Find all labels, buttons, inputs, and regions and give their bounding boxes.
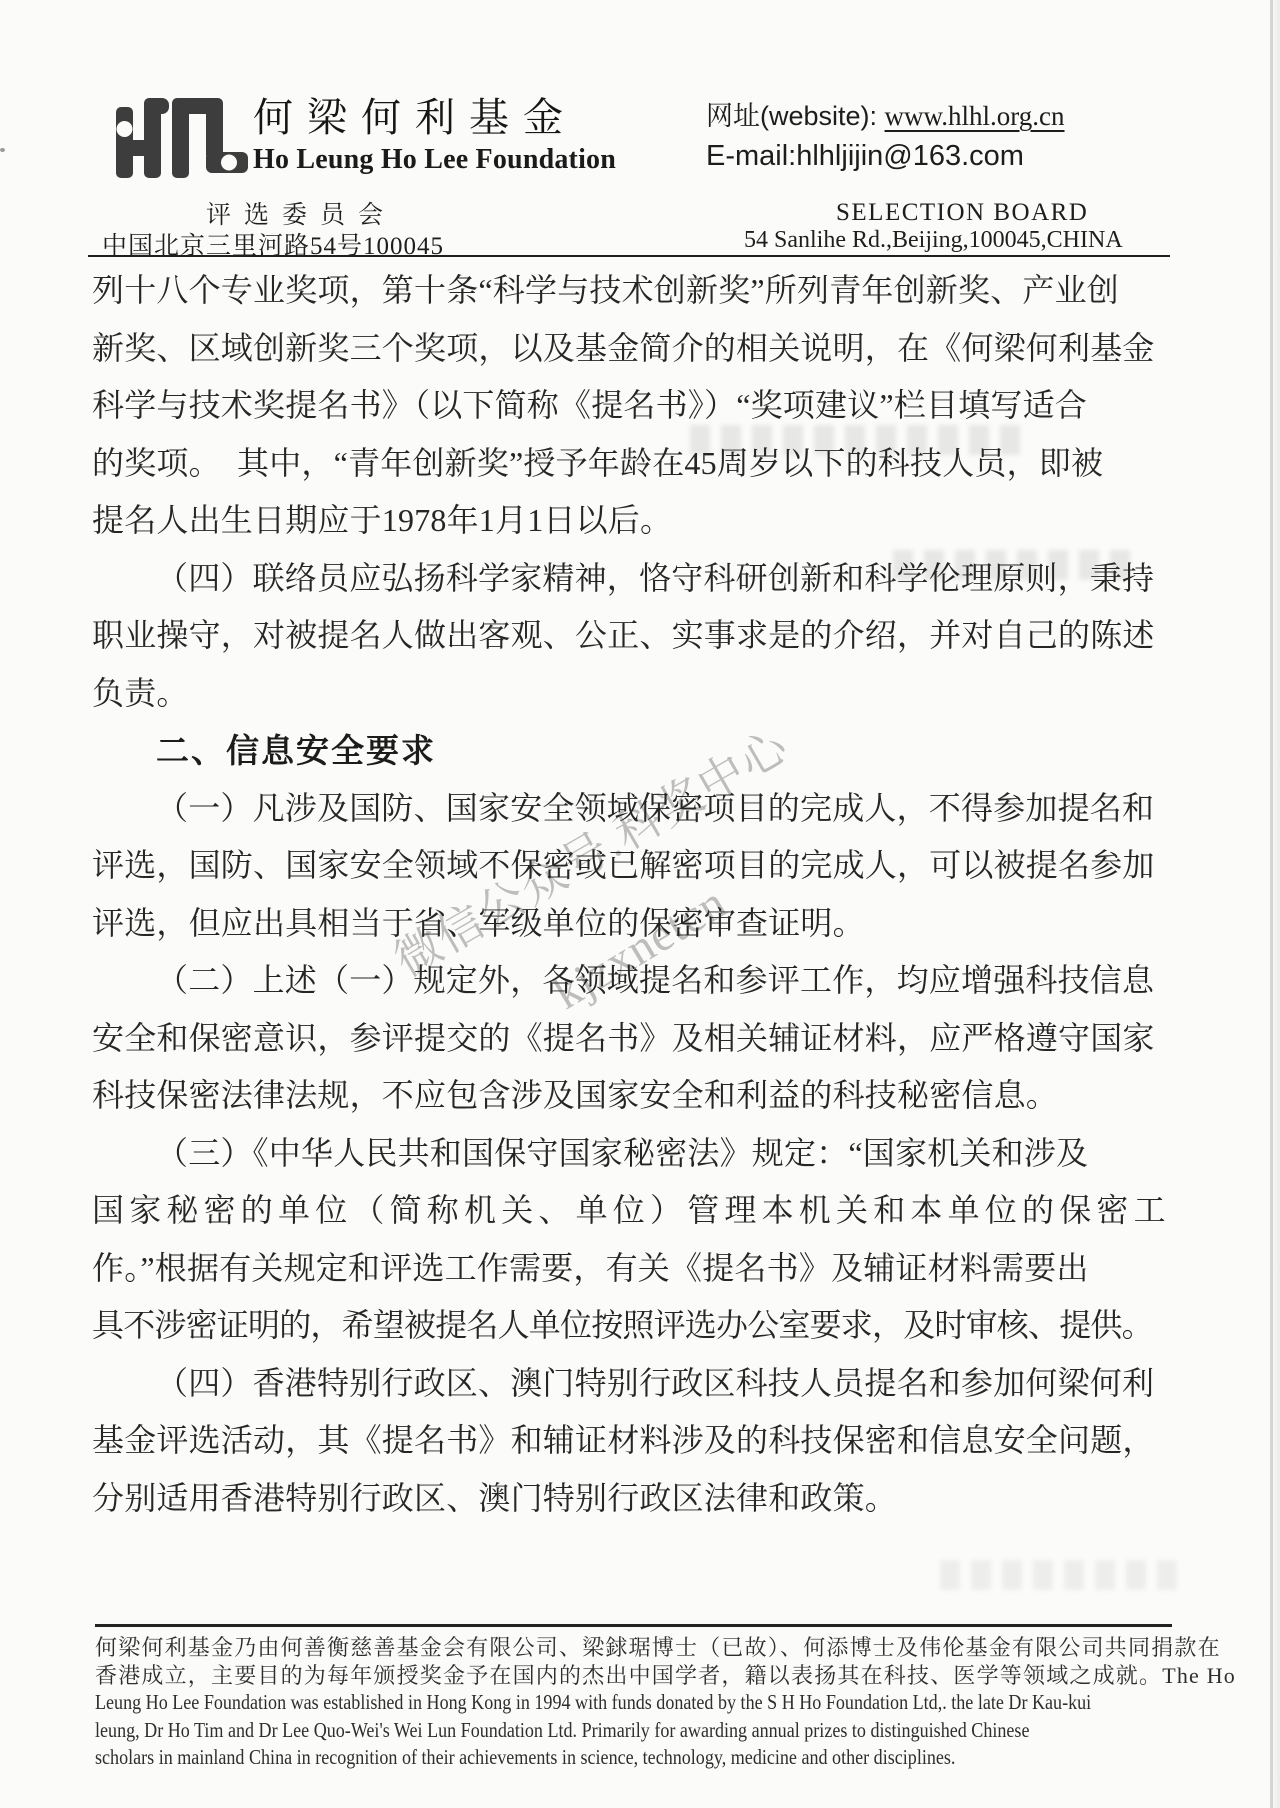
body-line: （四）香港特别行政区、澳门特别行政区科技人员提名和参加何梁何利 <box>92 1355 1170 1413</box>
footer-line: 何梁何利基金乃由何善衡慈善基金会有限公司、梁銶琚博士（已故）、何添博士及伟伦基金… <box>95 1634 1180 1662</box>
body-line: （四）联络员应弘扬科学家精神，恪守科研创新和科学伦理原则，秉持 <box>92 550 1170 608</box>
website-line: 网址(website): www.hlhl.org.cn <box>706 94 1065 133</box>
foundation-title-cn: 何梁何利基金 <box>253 96 616 140</box>
body-line: （三）《中华人民共和国保守国家秘密法》规定：“国家机关和涉及 <box>92 1125 1170 1183</box>
foundation-logo-icon <box>114 94 248 180</box>
body-line: 安全和保密意识，参评提交的《提名书》及相关辅证材料，应严格遵守国家 <box>92 1010 1170 1068</box>
document-body: 列十八个专业奖项，第十条“科学与技术创新奖”所列青年创新奖、产业创新奖、区域创新… <box>92 262 1170 1527</box>
footer-line: scholars in mainland China in recognitio… <box>95 1744 1006 1772</box>
footer-line: leung, Dr Ho Tim and Dr Lee Quo-Wei's We… <box>95 1717 1006 1745</box>
website-label: 网址(website): <box>706 101 885 131</box>
selection-board-en: SELECTION BOARD <box>836 199 1088 227</box>
body-line: 提名人出生日期应于1978年1月1日以后。 <box>92 492 1170 550</box>
email-link[interactable]: E-mail:hlhljijin@163.com <box>706 140 1065 173</box>
body-line: （一）凡涉及国防、国家安全领域保密项目的完成人，不得参加提名和 <box>92 780 1170 838</box>
body-line: 国家秘密的单位（简称机关、单位）管理本机关和本单位的保密工 <box>92 1182 1170 1240</box>
body-line: 基金评选活动，其《提名书》和辅证材料涉及的科技保密和信息安全问题， <box>92 1412 1170 1470</box>
website-link[interactable]: www.hlhl.org.cn <box>885 101 1065 131</box>
contact-block: 网址(website): www.hlhl.org.cn E-mail:hlhl… <box>706 94 1065 173</box>
footer-line: Leung Ho Lee Foundation was established … <box>95 1689 1006 1717</box>
header-divider <box>88 255 1170 257</box>
body-line: 科学与技术奖提名书》（以下简称《提名书》）“奖项建议”栏目填写适合 <box>92 377 1170 435</box>
scan-edge-shade <box>1270 0 1280 1808</box>
body-line: 作。”根据有关规定和评选工作需要，有关《提名书》及辅证材料需要出 <box>92 1240 1170 1298</box>
body-line: 具不涉密证明的，希望被提名人单位按照评选办公室要求，及时审核、提供。 <box>92 1297 1170 1355</box>
document-page: 何梁何利基金 Ho Leung Ho Lee Foundation 网址(web… <box>0 0 1280 1808</box>
body-line: 科技保密法律法规，不应包含涉及国家安全和利益的科技秘密信息。 <box>92 1067 1170 1125</box>
body-line: 二、信息安全要求 <box>92 722 1170 780</box>
foundation-title-block: 何梁何利基金 Ho Leung Ho Lee Foundation <box>253 96 616 176</box>
body-line: 的奖项。 其中，“青年创新奖”授予年龄在45周岁以下的科技人员，即被 <box>92 435 1170 493</box>
body-line: 职业操守，对被提名人做出客观、公正、实事求是的介绍，并对自己的陈述 <box>92 607 1170 665</box>
body-line: 评选，但应出具相当于省、军级单位的保密审查证明。 <box>92 895 1170 953</box>
address-en: 54 Sanlihe Rd.,Beijing,100045,CHINA <box>744 227 1123 254</box>
body-line: 负责。 <box>92 665 1170 723</box>
body-line: 分别适用香港特别行政区、澳门特别行政区法律和政策。 <box>92 1470 1170 1528</box>
body-line: （二）上述（一）规定外，各领域提名和参评工作，均应增强科技信息 <box>92 952 1170 1010</box>
body-line: 列十八个专业奖项，第十条“科学与技术创新奖”所列青年创新奖、产业创 <box>92 262 1170 320</box>
body-line: 新奖、区域创新奖三个奖项，以及基金简介的相关说明，在《何梁何利基金 <box>92 320 1170 378</box>
footer-divider <box>95 1624 1172 1627</box>
foundation-title-en: Ho Leung Ho Lee Foundation <box>253 144 616 176</box>
footer-line: 香港成立，主要目的为每年颁授奖金予在国内的杰出中国学者，籍以表扬其在科技、医学等… <box>95 1662 1180 1690</box>
scan-speck <box>0 148 5 152</box>
footer-note: 何梁何利基金乃由何善衡慈善基金会有限公司、梁銶琚博士（已故）、何添博士及伟伦基金… <box>95 1634 1180 1772</box>
show-through-artifact <box>940 1560 1180 1590</box>
body-line: 评选，国防、国家安全领域不保密或已解密项目的完成人，可以被提名参加 <box>92 837 1170 895</box>
